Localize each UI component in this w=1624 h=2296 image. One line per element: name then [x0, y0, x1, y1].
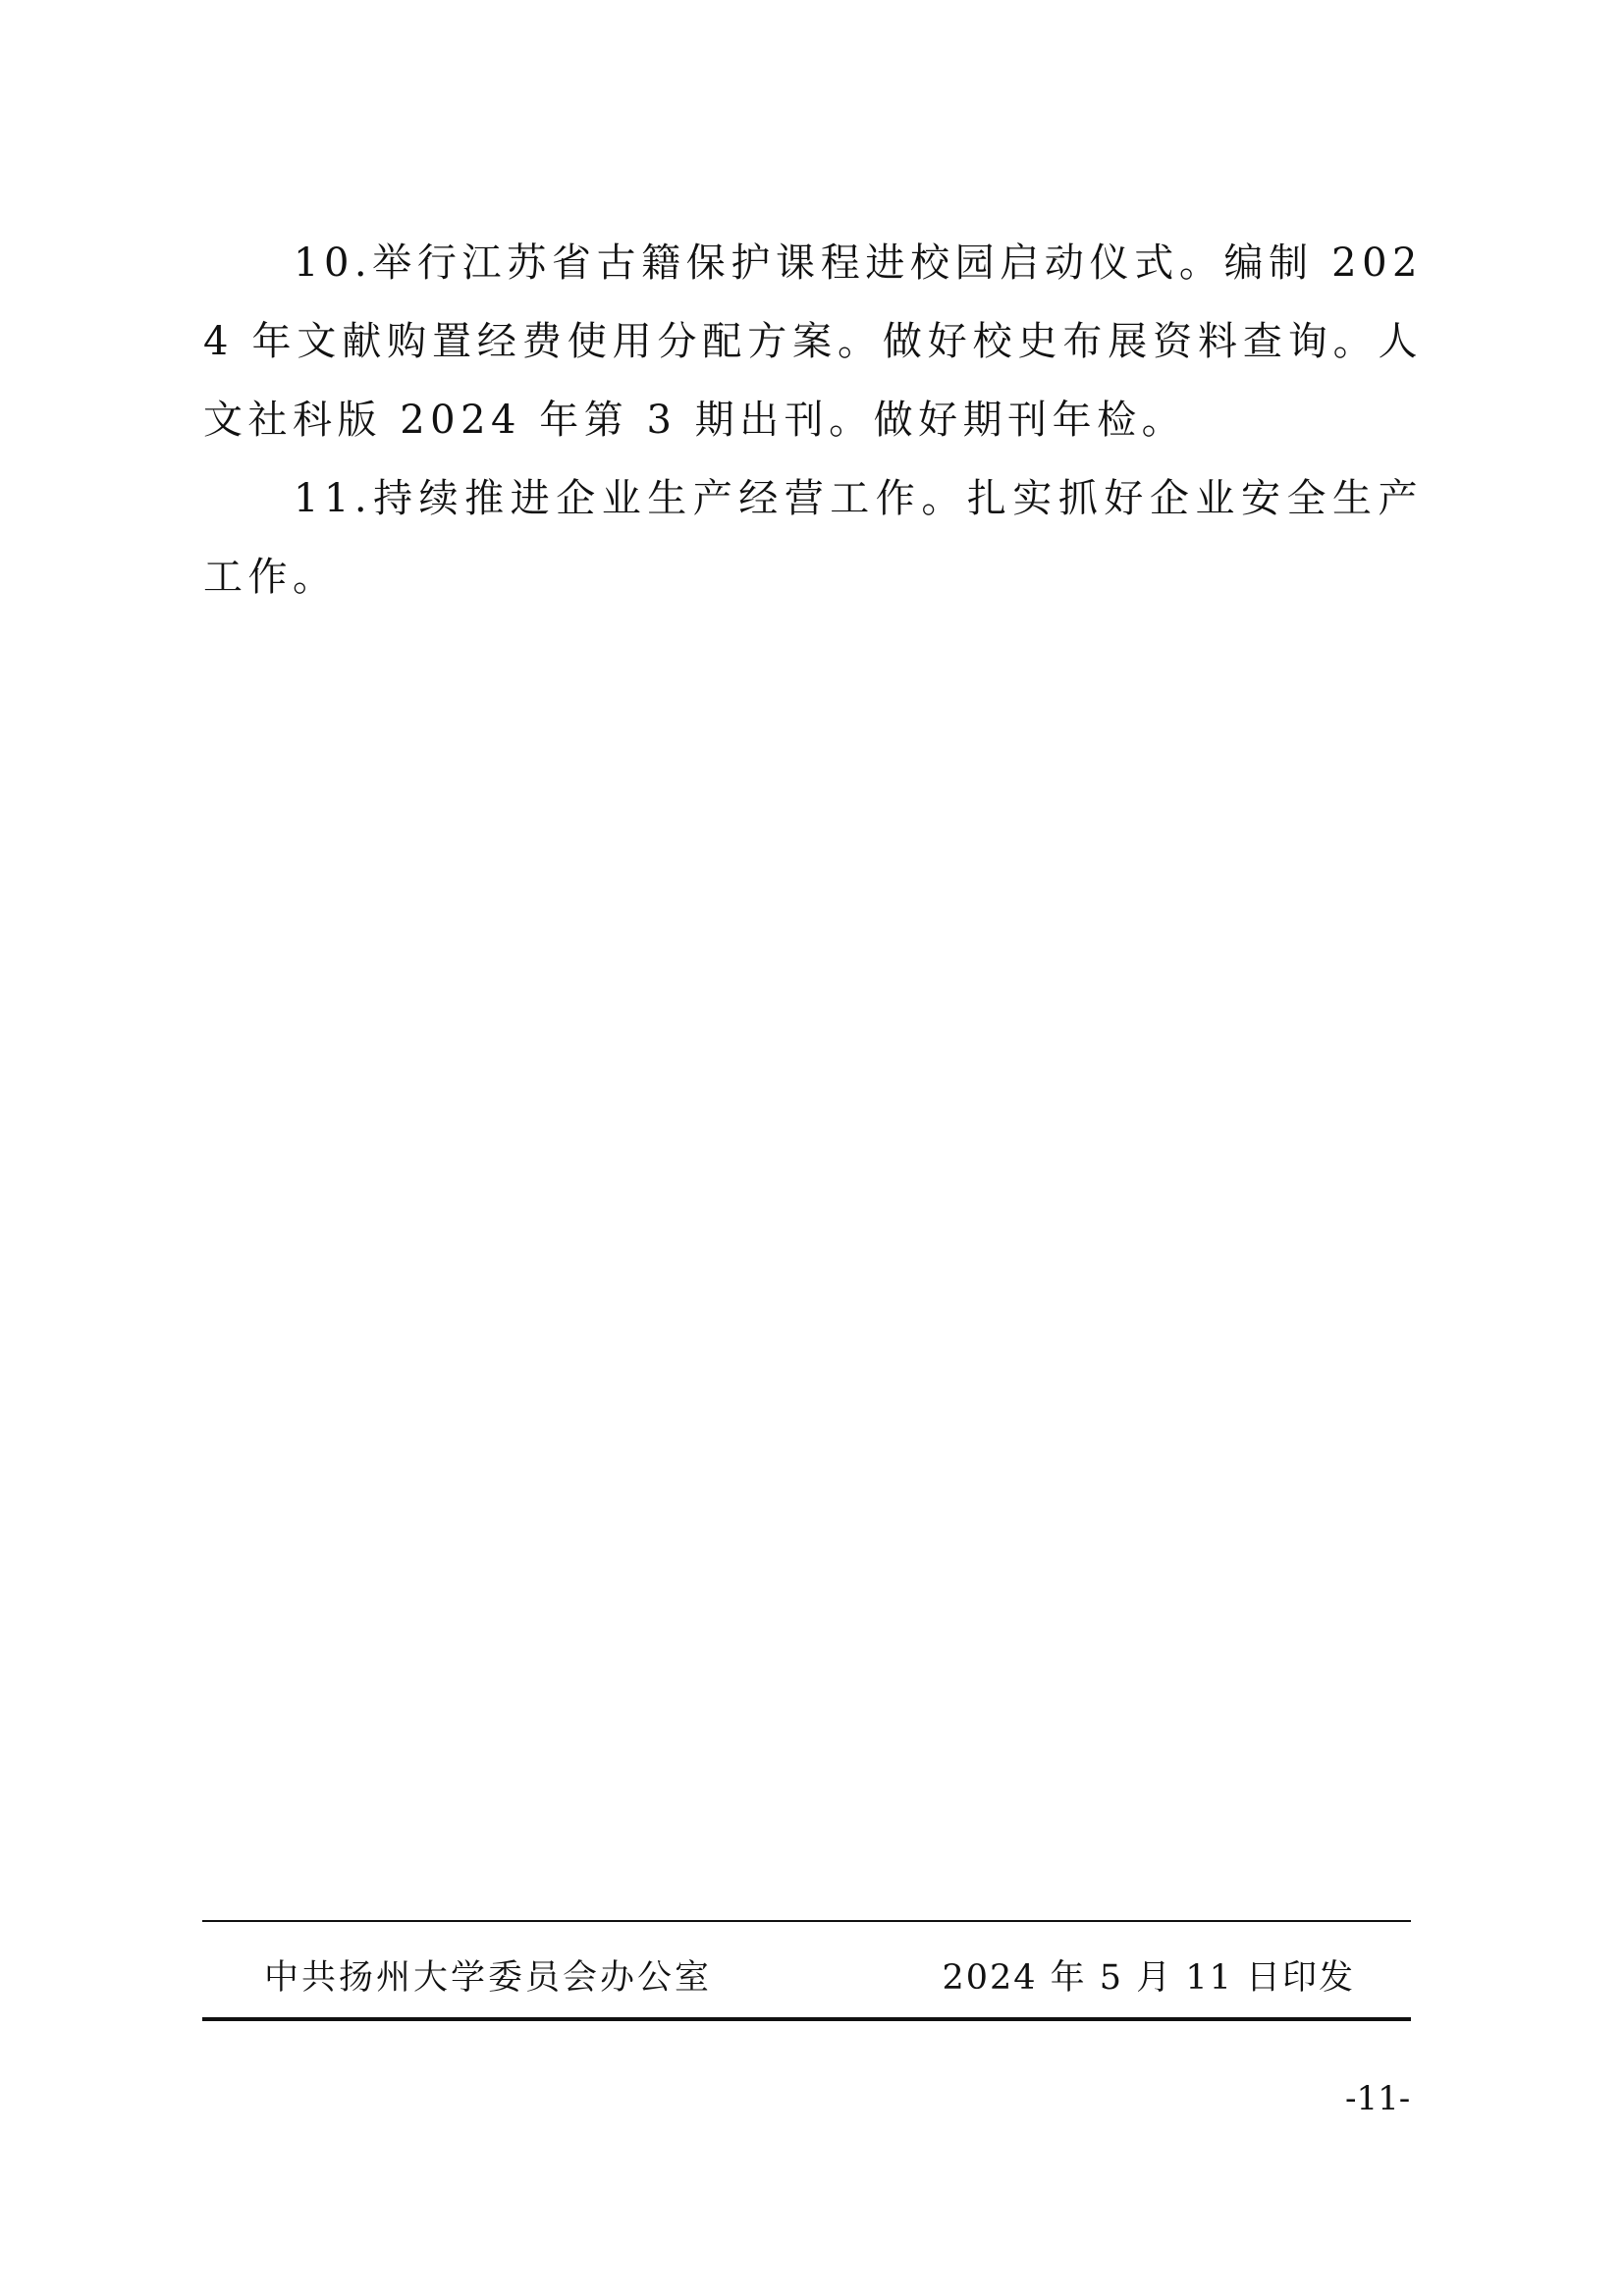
- footer-bottom-rule: [202, 2017, 1411, 2021]
- footer-top-rule: [202, 1920, 1411, 1922]
- document-page: 10.举行江苏省古籍保护课程进校园启动仪式。编制 2024 年文献购置经费使用分…: [0, 0, 1624, 2296]
- document-body: 10.举行江苏省古籍保护课程进校园启动仪式。编制 2024 年文献购置经费使用分…: [203, 224, 1423, 616]
- issuance-footer: 中共扬州大学委员会办公室 2024 年 5 月 11 日印发: [202, 1953, 1411, 2002]
- page-number: -11-: [1345, 2079, 1410, 2118]
- paragraph-item-11: 11.持续推进企业生产经营工作。扎实抓好企业安全生产工作。: [203, 459, 1423, 616]
- paragraph-item-10: 10.举行江苏省古籍保护课程进校园启动仪式。编制 2024 年文献购置经费使用分…: [203, 224, 1423, 459]
- issuer-name: 中共扬州大学委员会办公室: [264, 1953, 712, 2002]
- issue-date: 2024 年 5 月 11 日印发: [942, 1953, 1355, 2002]
